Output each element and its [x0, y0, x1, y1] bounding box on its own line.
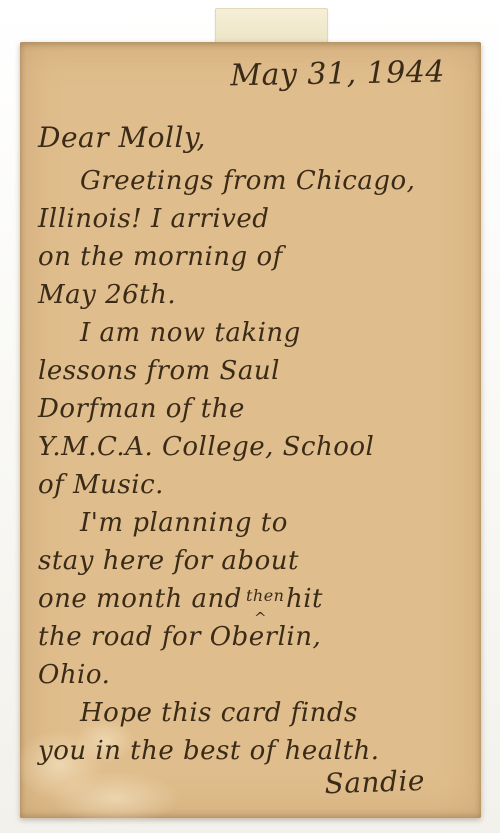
- salutation: Dear Molly,: [32, 121, 467, 154]
- handwritten-letter: May 31, 1944 Dear Molly, Greetings from …: [20, 42, 481, 818]
- date-line: May 31, 1944: [32, 54, 468, 97]
- letter-line: on the morning of: [32, 238, 467, 276]
- scan-background: May 31, 1944 Dear Molly, Greetings from …: [0, 0, 500, 833]
- letter-line: lessons from Saul: [32, 352, 467, 390]
- letter-line: Dorfman of the: [32, 390, 467, 428]
- letter-line: May 26th.: [32, 276, 467, 314]
- letter-line: the road for Oberlin,: [32, 618, 467, 656]
- line-text-pre: one month and: [38, 584, 242, 614]
- postcard: May 31, 1944 Dear Molly, Greetings from …: [20, 42, 481, 818]
- letter-line: Illinois! I arrived: [32, 200, 467, 238]
- caret-mark: ^: [254, 599, 267, 637]
- letter-line: Y.M.C.A. College, School: [32, 428, 467, 466]
- letter-line: Ohio.: [32, 656, 467, 694]
- letter-line: I'm planning to: [32, 504, 467, 542]
- letter-line-with-insertion: one month andthen^hit: [32, 580, 467, 618]
- letter-line: I am now taking: [32, 314, 467, 352]
- letter-line: Hope this card finds: [32, 694, 467, 732]
- letter-line: stay here for about: [32, 542, 467, 580]
- letter-line: Greetings from Chicago,: [32, 162, 467, 200]
- line-text-post: hit: [286, 584, 323, 614]
- letter-line: of Music.: [32, 466, 467, 504]
